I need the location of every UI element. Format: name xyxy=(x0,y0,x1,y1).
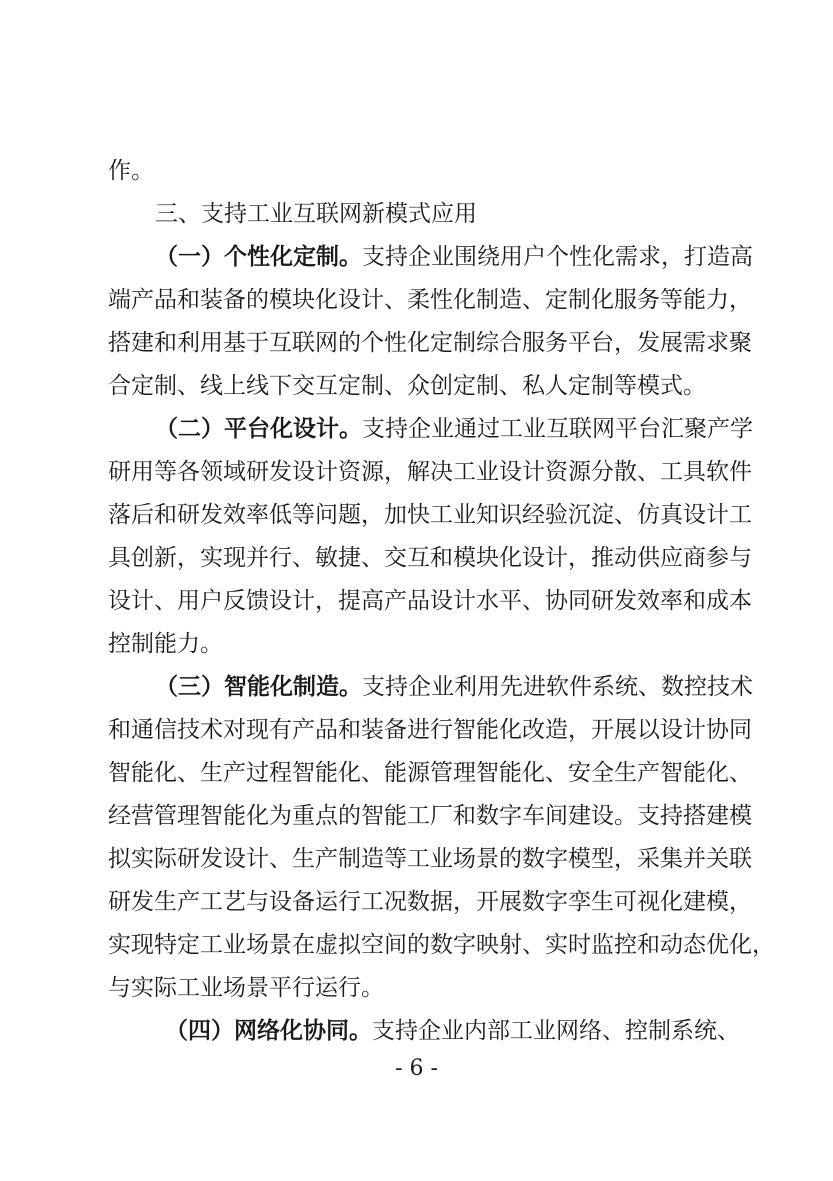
paragraph-title: （四）网络化协同。 xyxy=(165,1018,372,1044)
paragraph-line: 搭建和利用基于互联网的个性化定制综合服务平台，发展需求聚 xyxy=(108,328,728,358)
paragraph-line: 拟实际研发设计、生产制造等工业场景的数字模型，采集并关联 xyxy=(108,844,728,874)
paragraph-line: 与实际工业场景平行运行。 xyxy=(108,973,728,1003)
paragraph-title: （一）个性化定制。 xyxy=(155,244,362,270)
paragraph-line: 合定制、线上线下交互定制、众创定制、私人定制等模式。 xyxy=(108,371,728,401)
paragraph-line: 实现特定工业场景在虚拟空间的数字映射、实时监控和动态优化， xyxy=(108,930,728,960)
paragraph-first-line: （三）智能化制造。支持企业利用先进软件系统、数控技术 xyxy=(155,672,728,702)
paragraph-line: 和通信技术对现有产品和装备进行智能化改造，开展以设计协同 xyxy=(108,715,728,745)
paragraph-line: 智能化、生产过程智能化、能源管理智能化、安全生产智能化、 xyxy=(108,758,728,788)
paragraph-first-line: （四）网络化协同。支持企业内部工业网络、控制系统、 xyxy=(165,1016,728,1046)
carryover-text: 作。 xyxy=(108,156,728,186)
paragraph-first-line: （二）平台化设计。支持企业通过工业互联网平台汇聚产学 xyxy=(155,414,728,444)
paragraph-line: 端产品和装备的模块化设计、柔性化制造、定制化服务等能力， xyxy=(108,285,728,315)
paragraph-first-line: （一）个性化定制。支持企业围绕用户个性化需求，打造高 xyxy=(155,242,728,272)
page-number: - 6 - xyxy=(0,1054,833,1084)
paragraph-line: 研用等各领域研发设计资源，解决工业设计资源分散、工具软件 xyxy=(108,457,728,487)
section-heading: 三、支持工业互联网新模式应用 xyxy=(155,199,775,229)
paragraph-line: 研发生产工艺与设备运行工况数据，开展数字孪生可视化建模， xyxy=(108,887,728,917)
paragraph-line: 经营管理智能化为重点的智能工厂和数字车间建设。支持搭建模 xyxy=(108,801,728,831)
paragraph-line: 落后和研发效率低等问题，加快工业知识经验沉淀、仿真设计工 xyxy=(108,500,728,530)
paragraph-line: 控制能力。 xyxy=(108,629,728,659)
paragraph-line: 具创新，实现并行、敏捷、交互和模块化设计，推动供应商参与 xyxy=(108,543,728,573)
paragraph-title: （二）平台化设计。 xyxy=(155,416,362,442)
paragraph-line: 设计、用户反馈设计，提高产品设计水平、协同研发效率和成本 xyxy=(108,586,728,616)
paragraph-title: （三）智能化制造。 xyxy=(155,674,362,700)
